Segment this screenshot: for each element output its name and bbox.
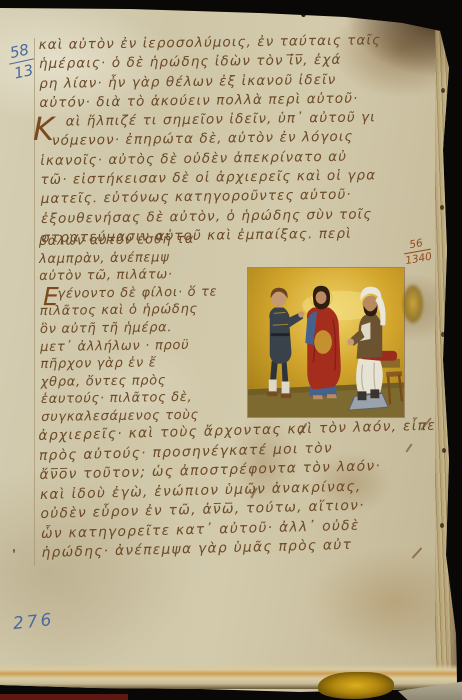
gold-drip-bottom-edge xyxy=(318,672,394,699)
initial-epsilon: Ε xyxy=(43,284,59,309)
margin-note: 56 1340 xyxy=(402,236,433,267)
guard-sock xyxy=(282,381,290,394)
guard-sock xyxy=(269,380,277,393)
gold-offset-smudge xyxy=(402,283,424,325)
christ-hands xyxy=(314,330,332,354)
christ-face xyxy=(316,291,327,304)
edge-speck xyxy=(441,88,445,93)
text-line: γένοντο δὲ φίλοι· ὅ τε xyxy=(39,283,247,303)
quire-number: 58 13 xyxy=(5,40,38,83)
footstool xyxy=(349,393,388,410)
pen-mark: ’ xyxy=(10,546,21,565)
edge-speck xyxy=(441,332,445,337)
text-block-upper: καὶ αὐτὸν ἐν ἱεροσολύμοις, ἐν ταύταις τα… xyxy=(39,30,442,248)
miniature-scene xyxy=(248,268,404,417)
film-frame-edge xyxy=(0,694,128,700)
guard-head xyxy=(271,292,286,307)
herod-robe xyxy=(356,359,383,395)
miniature-painting xyxy=(247,267,405,418)
ink-speck xyxy=(301,11,306,17)
text-block-beside-miniature: βαλὼν αὐτὸν ἐσθῆ τα λαμπρὰν, ἀνέπεμψ αὐτ… xyxy=(39,230,250,426)
manuscript-page: 58 13 καὶ αὐτὸν ἐν ἱεροσολύμοις, ἐν ταύτ… xyxy=(0,0,462,700)
initial-kappa: Κ xyxy=(33,113,54,145)
manuscript-photo: 58 13 καὶ αὐτὸν ἐν ἱεροσολύμοις, ἐν ταύτ… xyxy=(0,0,462,700)
text-block-lower: ἀρχιερεῖς· καὶ τοὺς ἄρχοντας καὶ τὸν λαό… xyxy=(38,416,445,563)
folio-number: 276 xyxy=(12,610,55,634)
